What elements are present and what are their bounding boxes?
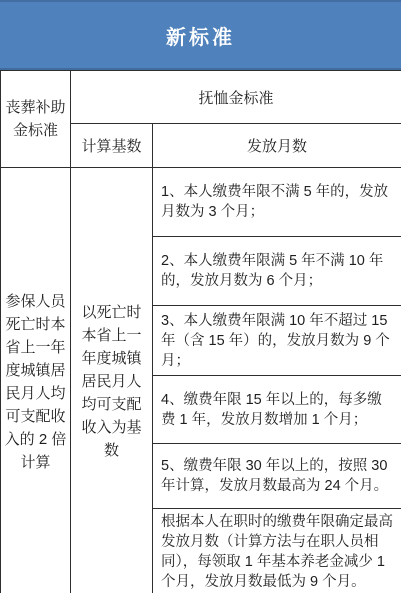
rule-cell-5: 5、缴费年限 30 年以上的，按照 30 年计算，发放月数最高为 24 个月。 [153,444,401,509]
banner-title: 新标准 [166,21,235,50]
rule-cell-6: 根据本人在职时的缴费年限确定最高发放月数（计算方法与在职人员相同），每领取 1 … [153,509,401,593]
pension-standard-header-cell: 抚恤金标准 [71,71,401,124]
payout-months-header-cell: 发放月数 [153,124,401,168]
rule-row-1: 参保人员死亡时本省上一年度城镇居民月人均可支配收入的 2 倍计算 以死亡时本省上… [1,168,401,237]
calc-base-cell: 以死亡时本省上一年度城镇居民月人均可支配收入为基数 [71,168,153,593]
funeral-subsidy-base-cell: 参保人员死亡时本省上一年度城镇居民月人均可支配收入的 2 倍计算 [1,168,71,593]
header-row-1: 丧葬补助金标准 抚恤金标准 [1,71,401,124]
rule-cell-3: 3、本人缴费年限满 10 年不超过 15 年（含 15 年）的，发放月数为 9 … [153,306,401,376]
banner: 新标准 [0,0,401,70]
standards-table: 丧葬补助金标准 抚恤金标准 计算基数 发放月数 参保人员死亡时本省上一年度城镇居… [0,70,401,593]
calc-base-header-cell: 计算基数 [71,124,153,168]
rule-cell-4: 4、缴费年限 15 年以上的，每多缴费 1 年，发放月数增加 1 个月； [153,376,401,444]
new-standard-infographic: 新标准 丧葬补助金标准 抚恤金标准 计算基数 发放月数 参保人员死亡时本省上一年… [0,0,401,593]
rule-cell-2: 2、本人缴费年限满 5 年不满 10 年的，发放月数为 6 个月； [153,237,401,306]
rule-cell-1: 1、本人缴费年限不满 5 年的，发放月数为 3 个月； [153,168,401,237]
funeral-subsidy-header-cell: 丧葬补助金标准 [1,71,71,168]
